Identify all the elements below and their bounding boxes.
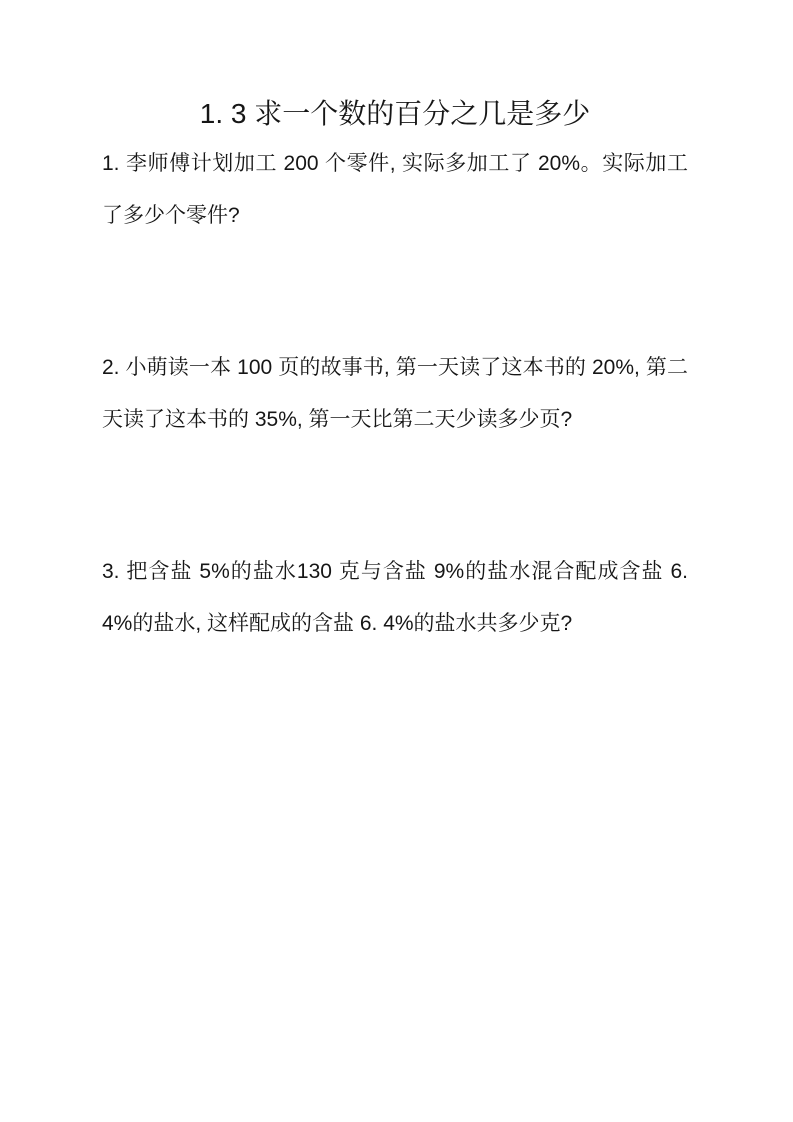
worksheet-page: 1. 3 求一个数的百分之几是多少 1. 李师傅计划加工 200 个零件, 实际…	[0, 0, 793, 1122]
problem-2-answer-space	[102, 446, 688, 546]
problem-1-answer-space	[102, 242, 688, 342]
problem-2: 2. 小萌读一本 100 页的故事书, 第一天读了这本书的 20%, 第二天读了…	[102, 342, 688, 546]
problem-3: 3. 把含盐 5%的盐水130 克与含盐 9%的盐水混合配成含盐 6. 4%的盐…	[102, 546, 688, 750]
problem-1: 1. 李师傅计划加工 200 个零件, 实际多加工了 20%。实际加工了多少个零…	[102, 138, 688, 342]
problem-3-text: 3. 把含盐 5%的盐水130 克与含盐 9%的盐水混合配成含盐 6. 4%的盐…	[102, 546, 688, 650]
problem-3-answer-space	[102, 650, 688, 750]
worksheet-title: 1. 3 求一个数的百分之几是多少	[102, 90, 688, 138]
problem-2-text: 2. 小萌读一本 100 页的故事书, 第一天读了这本书的 20%, 第二天读了…	[102, 342, 688, 446]
problem-1-text: 1. 李师傅计划加工 200 个零件, 实际多加工了 20%。实际加工了多少个零…	[102, 138, 688, 242]
